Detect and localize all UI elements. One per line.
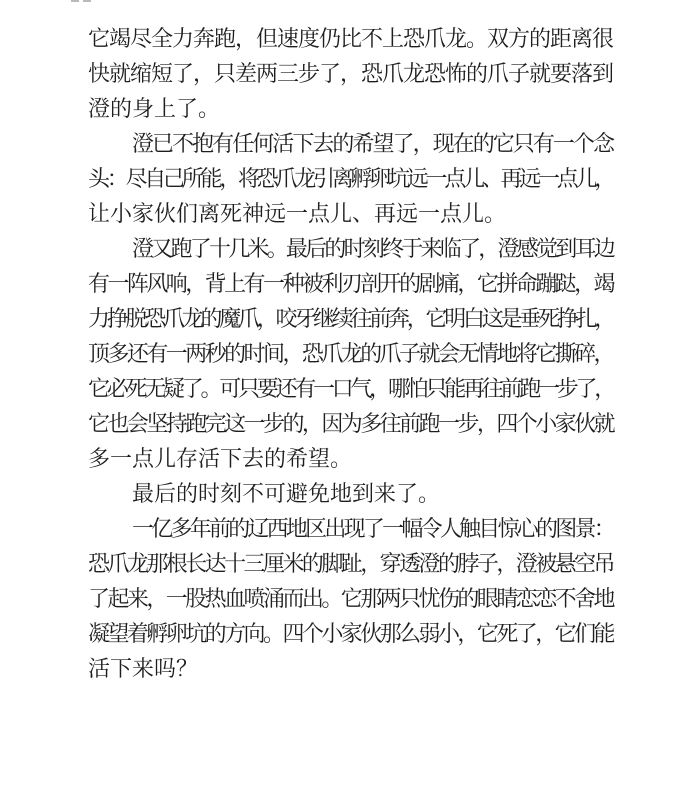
paragraph: 最后的时刻不可避免地到来了。 — [88, 476, 613, 511]
paragraph: 澄又跑了十几米。最后的时刻终于来临了，澄感觉到耳边 有一阵风响，背上有一种被利刃… — [88, 231, 613, 476]
text-line: 澄已不抱有任何活下去的希望了，现在的它只有一个念 — [88, 126, 613, 161]
text-line: 活下来吗？ — [88, 651, 613, 686]
cropped-ink-marks — [71, 0, 91, 2]
text-line: 一亿多年前的辽西地区出现了一幅令人触目惊心的图景： — [88, 511, 613, 546]
text-line: 澄的身上了。 — [88, 91, 613, 126]
text-line: 力挣脱恐爪龙的魔爪，咬牙继续往前奔，它明白这是垂死挣扎， — [88, 301, 613, 336]
text-line: 它必死无疑了。可只要还有一口气，哪怕只能再往前跑一步了， — [88, 371, 613, 406]
text-line: 澄又跑了十几米。最后的时刻终于来临了，澄感觉到耳边 — [88, 231, 613, 266]
text-line: 让小家伙们离死神远一点儿、再远一点儿。 — [88, 196, 613, 231]
text-line: 凝望着孵卵坑的方向。四个小家伙那么弱小，它死了，它们能 — [88, 616, 613, 651]
text-line: 有一阵风响，背上有一种被利刃剖开的剧痛，它拼命蹦跶，竭 — [88, 266, 613, 301]
text-line: 多一点儿存活下去的希望。 — [88, 441, 613, 476]
paragraph: 一亿多年前的辽西地区出现了一幅令人触目惊心的图景： 恐爪龙那根长达十三厘米的脚趾… — [88, 511, 613, 686]
text-line: 快就缩短了，只差两三步了，恐爪龙恐怖的爪子就要落到 — [88, 56, 613, 91]
text-line: 头：尽自己所能，将恐爪龙引离孵卵坑远一点儿、再远一点儿， — [88, 161, 613, 196]
page-text: 它竭尽全力奔跑，但速度仍比不上恐爪龙。双方的距离很 快就缩短了，只差两三步了，恐… — [88, 21, 613, 686]
text-line: 了起来，一股热血喷涌而出。它那两只忧伤的眼睛恋恋不舍地 — [88, 581, 613, 616]
text-line: 它也会坚持跑完这一步的，因为多往前跑一步，四个小家伙就 — [88, 406, 613, 441]
text-line: 它竭尽全力奔跑，但速度仍比不上恐爪龙。双方的距离很 — [88, 21, 613, 56]
paragraph: 它竭尽全力奔跑，但速度仍比不上恐爪龙。双方的距离很 快就缩短了，只差两三步了，恐… — [88, 21, 613, 126]
text-line: 顶多还有一两秒的时间，恐爪龙的爪子就会无情地将它撕碎， — [88, 336, 613, 371]
paragraph: 澄已不抱有任何活下去的希望了，现在的它只有一个念 头：尽自己所能，将恐爪龙引离孵… — [88, 126, 613, 231]
text-line: 恐爪龙那根长达十三厘米的脚趾，穿透澄的脖子，澄被悬空吊 — [88, 546, 613, 581]
text-line: 最后的时刻不可避免地到来了。 — [88, 476, 613, 511]
